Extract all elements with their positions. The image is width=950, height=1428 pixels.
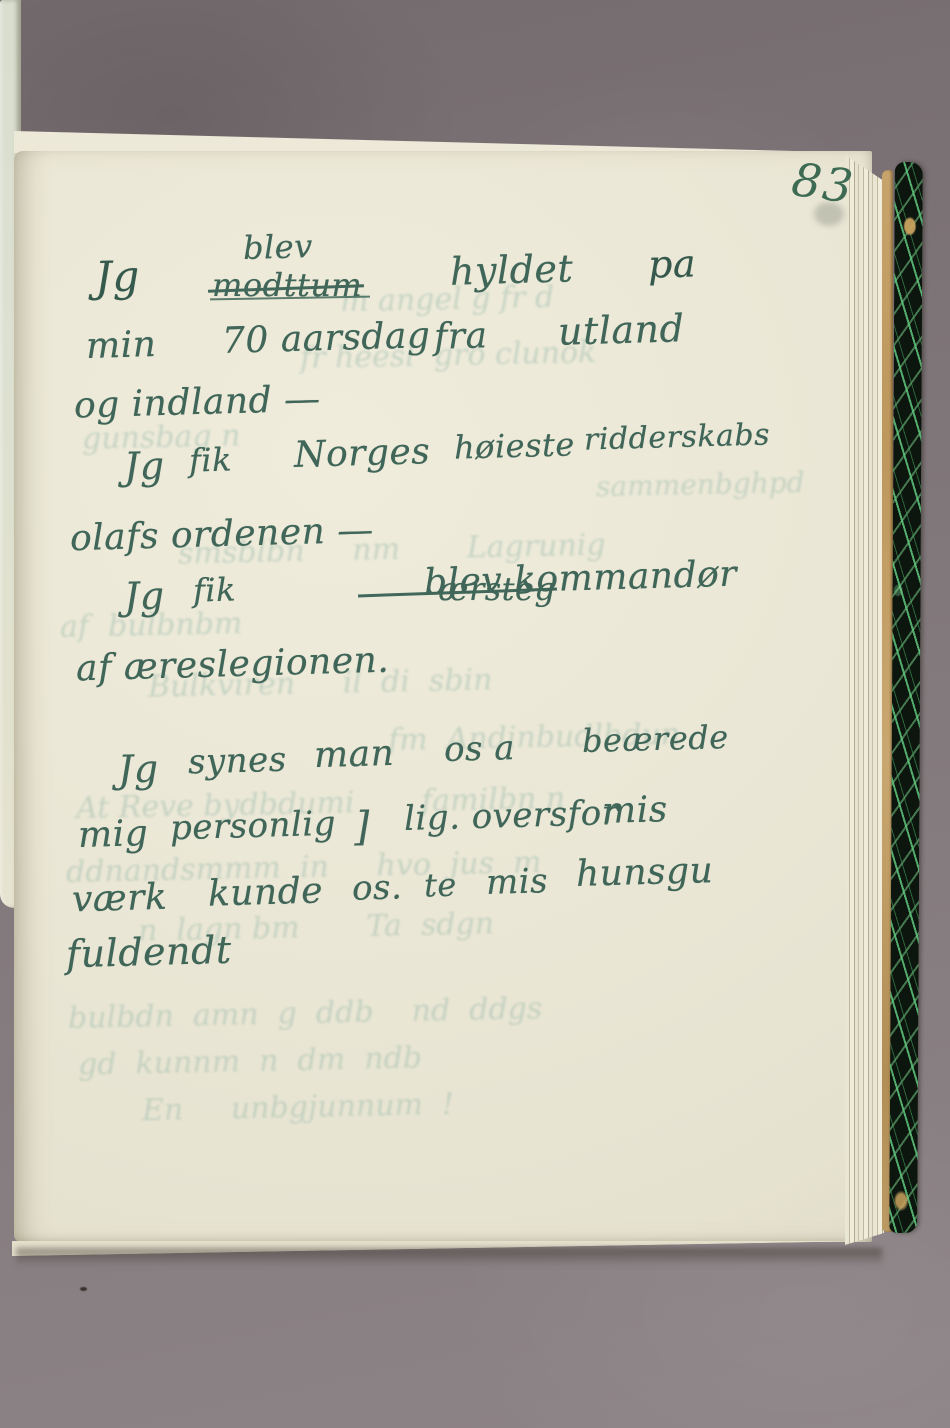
dust-speck bbox=[80, 1287, 87, 1291]
photo-backdrop: m angel g fr d fr heesl gro clunok gunsb… bbox=[0, 0, 950, 1428]
notebook-page bbox=[14, 151, 872, 1242]
page-stack-edges bbox=[845, 155, 884, 1245]
ink-smudge bbox=[814, 202, 844, 226]
marbled-cover-edge bbox=[889, 162, 923, 1233]
page-top-edge bbox=[14, 131, 872, 153]
book-shadow bbox=[16, 1248, 882, 1266]
